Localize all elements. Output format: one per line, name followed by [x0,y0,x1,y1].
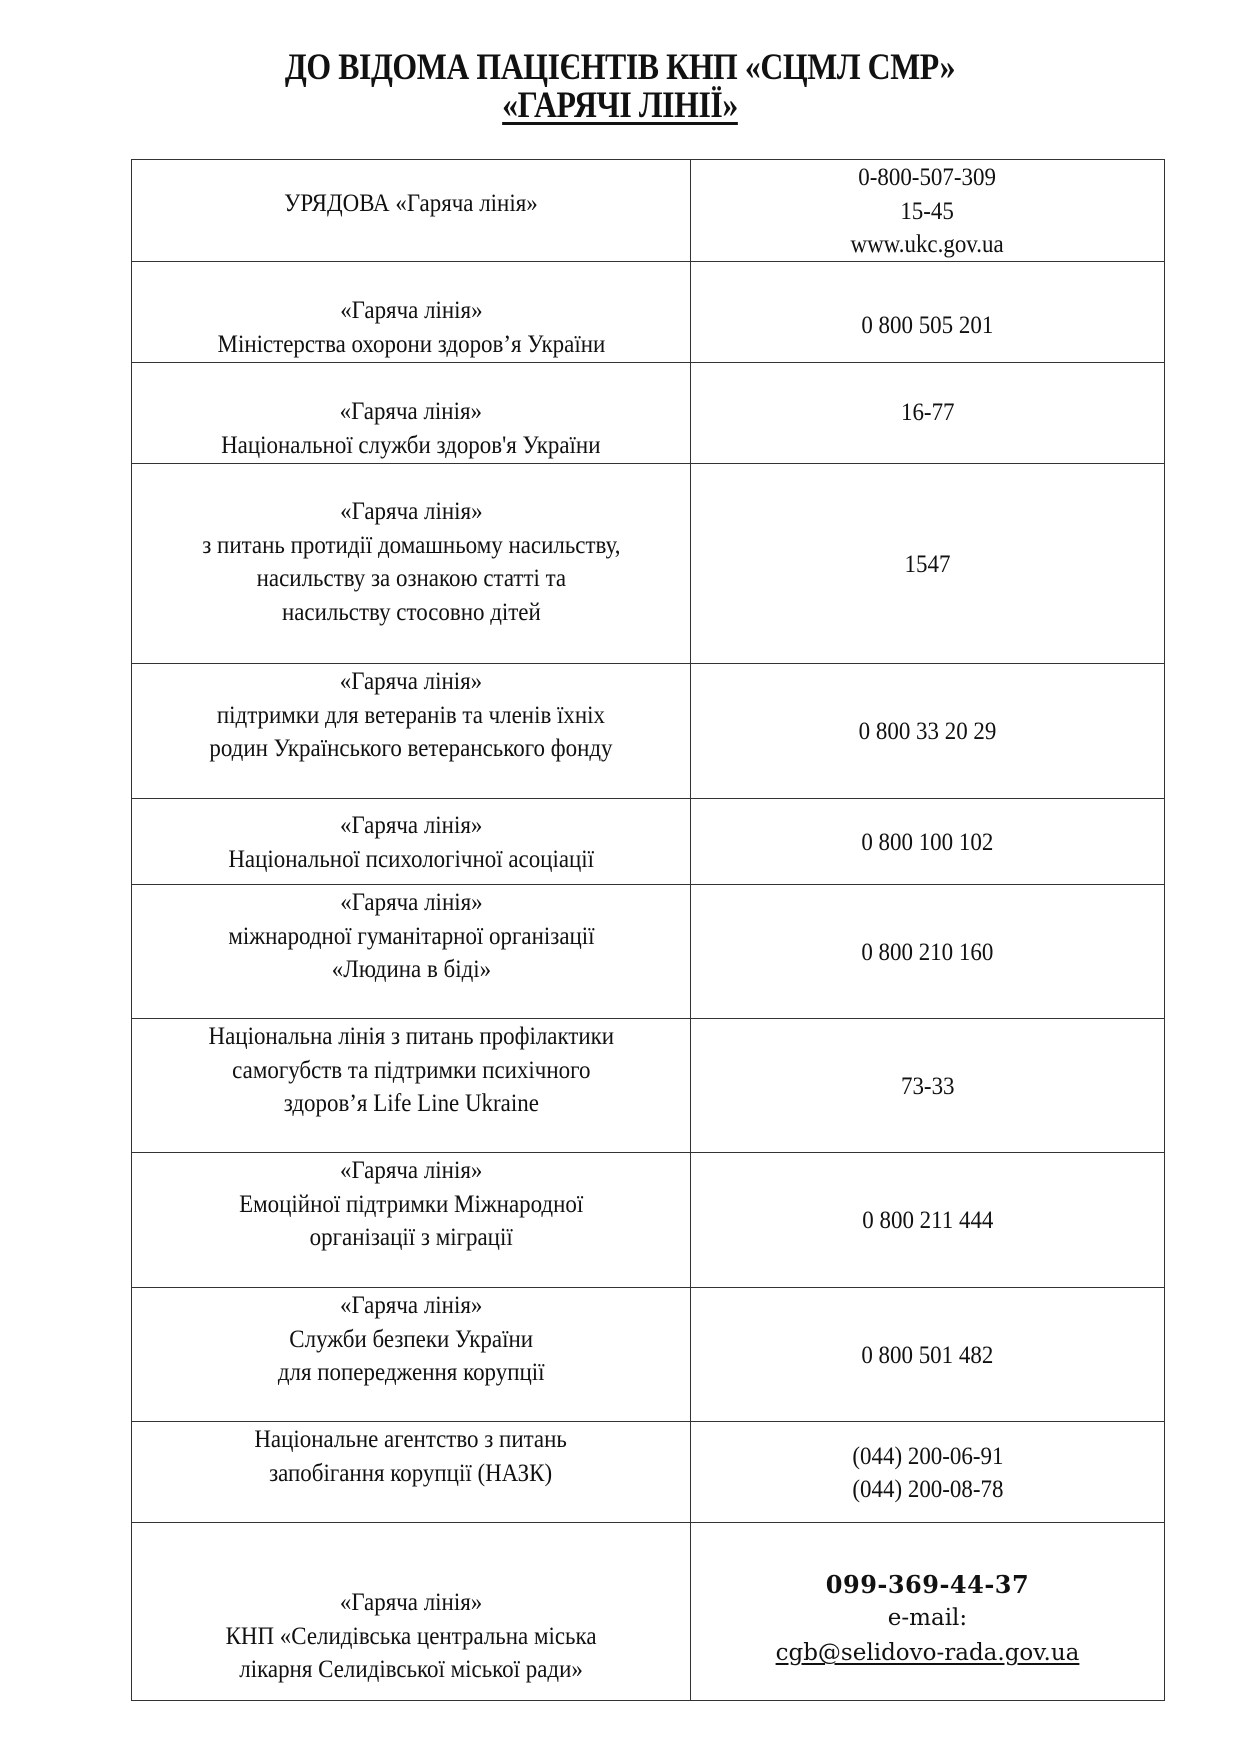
hotline-contact: 0 800 501 482 [862,1338,994,1372]
phone-number[interactable]: 0 800 210 160 [862,935,994,969]
hotline-contact: 16-77 [901,395,955,429]
phone-number[interactable]: 73-33 [901,1069,955,1103]
hotline-contact: 1547 [905,547,951,581]
hotline-name: «Гаряча лінія» Служби безпеки України дл… [278,1288,545,1389]
page-subtitle: «ГАРЯЧІ ЛІНІЇ» [87,84,1153,127]
phone-number[interactable]: (044) 200-08-78 [852,1472,1003,1506]
email-link[interactable]: cgb@selidovo-rada.gov.ua [776,1640,1080,1666]
phone-number[interactable]: 16-77 [901,395,955,429]
hotline-name-line: «Гаряча лінія» [228,808,594,842]
table-row: «Гаряча лінія» Міністерства охорони здор… [132,262,1165,363]
page-title: ДО ВІДОМА ПАЦІЄНТІВ КНП «СЦМЛ СМР» [87,46,1153,89]
hotline-contact: 0 800 505 201 [862,308,994,342]
table-row: «Гаряча лінія» з питань протидії домашнь… [132,464,1165,664]
hotline-name-cell: «Гаряча лінія» з питань протидії домашнь… [132,464,691,664]
phone-number[interactable]: 0 800 501 482 [862,1338,994,1372]
table-row: «Гаряча лінія» Служби безпеки України дл… [132,1288,1165,1422]
table-row: Національне агентство з питань запобіган… [132,1422,1165,1523]
hotline-contact-cell: 0 800 211 444 [691,1153,1165,1288]
short-phone-number[interactable]: 15-45 [851,194,1004,228]
hotline-name-line: «Гаряча лінія» [278,1288,545,1322]
phone-number[interactable]: 0 800 100 102 [862,825,994,859]
hotline-name: «Гаряча лінія» міжнародної гуманітарної … [228,885,594,986]
phone-number[interactable]: 1547 [905,547,951,581]
hotline-contact-cell: 16-77 [691,363,1165,464]
hotline-contact-cell: 0 800 100 102 [691,799,1165,885]
hotline-name: «Гаряча лінія» з питань протидії домашнь… [202,494,620,628]
hotline-name-cell: Національна лінія з питань профілактики … [132,1019,691,1153]
hotline-contact-cell: 0 800 33 20 29 [691,664,1165,799]
table-row: «Гаряча лінія» КНП «Селидівська централь… [132,1523,1165,1701]
hotline-contact: 73-33 [901,1069,955,1103]
hotline-name-line: організації з міграції [239,1220,583,1254]
table-row: «Гаряча лінія» Національної психологічно… [132,799,1165,885]
hotline-contact: 0 800 210 160 [862,935,994,969]
hotline-name: «Гаряча лінія» Емоційної підтримки Міжна… [239,1153,583,1254]
hotline-contact-cell: 0 800 210 160 [691,885,1165,1019]
website-link[interactable]: www.ukc.gov.ua [851,227,1004,261]
hotline-name-line: «Гаряча лінія» [202,494,620,528]
hotline-name-line: «Гаряча лінія» [228,885,594,919]
hotline-name-cell: «Гаряча лінія» КНП «Селидівська централь… [132,1523,691,1701]
phone-number[interactable]: 0-800-507-309 [851,160,1004,194]
hotline-name-line: для попередження корупції [278,1355,545,1389]
hotline-name-line: з питань протидії домашньому насильству, [202,528,620,562]
hotline-name-cell: «Гаряча лінія» міжнародної гуманітарної … [132,885,691,1019]
hotline-contact: 0 800 100 102 [862,825,994,859]
hotline-name-line: КНП «Селидівська центральна міська [226,1619,597,1653]
hotline-contact-cell: 099-369-44-37 e-mail: cgb@selidovo-rada.… [691,1523,1165,1701]
hotline-name-line: Національної психологічної асоціації [228,842,594,876]
hotline-name-line: Національної служби здоров'я України [221,428,600,462]
hotline-name: УРЯДОВА «Гаряча лінія» [284,186,538,220]
hotline-name-line: самогубств та підтримки психічного [208,1053,614,1087]
hospital-phone-number[interactable]: 099-369-44-37 [776,1568,1080,1602]
hotline-contact: 099-369-44-37 e-mail: cgb@selidovo-rada.… [776,1568,1080,1671]
hotline-contact-cell: 0 800 501 482 [691,1288,1165,1422]
hotline-name-line: здоров’я Life Line Ukraine [208,1086,614,1120]
hotline-name-line: Емоційної підтримки Міжнародної [239,1187,583,1221]
hotline-name-line: лікарня Селидівської міської ради» [226,1652,597,1686]
hotline-name-line: «Гаряча лінія» [217,293,605,327]
hotline-name-line: насильству стосовно дітей [202,595,620,629]
hotline-name-cell: «Гаряча лінія» Національної служби здоро… [132,363,691,464]
hotline-name: «Гаряча лінія» КНП «Селидівська централь… [226,1585,597,1686]
hotline-name-line: Служби безпеки України [278,1322,545,1356]
table-row: «Гаряча лінія» міжнародної гуманітарної … [132,885,1165,1019]
hotline-name-line: запобігання корупції (НАЗК) [255,1456,567,1490]
hotlines-table: УРЯДОВА «Гаряча лінія» 0-800-507-309 15-… [131,159,1165,1701]
hotline-name-line: насильству за ознакою статті та [202,561,620,595]
hotline-name-line: Міністерства охорони здоров’я України [217,327,605,361]
hotline-name-cell: «Гаряча лінія» Національної психологічно… [132,799,691,885]
page-subtitle-text: «ГАРЯЧІ ЛІНІЇ» [502,85,738,126]
hotline-name: «Гаряча лінія» підтримки для ветеранів т… [209,664,612,765]
hotline-contact: 0 800 33 20 29 [859,714,997,748]
phone-number[interactable]: (044) 200-06-91 [852,1439,1003,1473]
hotline-contact-cell: 1547 [691,464,1165,664]
hotline-contact: (044) 200-06-91 (044) 200-08-78 [852,1439,1003,1506]
hotline-contact: 0 800 211 444 [862,1203,993,1237]
phone-number[interactable]: 0 800 211 444 [862,1203,993,1237]
phone-number[interactable]: 0 800 505 201 [862,308,994,342]
hotline-contact-cell: 0 800 505 201 [691,262,1165,363]
hotline-contact-cell: 0-800-507-309 15-45 www.ukc.gov.ua [691,160,1165,262]
table-row: «Гаряча лінія» Емоційної підтримки Міжна… [132,1153,1165,1288]
hotline-name-line: «Людина в біді» [228,952,594,986]
hotline-name-line: «Гаряча лінія» [239,1153,583,1187]
hotline-name-line: «Гаряча лінія» [221,394,600,428]
hotline-name: «Гаряча лінія» Національної служби здоро… [221,394,600,461]
hotline-name-line: Національна лінія з питань профілактики [208,1019,614,1053]
hotline-name-line: міжнародної гуманітарної організації [228,919,594,953]
hotline-name: Національна лінія з питань профілактики … [208,1019,614,1120]
hotline-name: «Гаряча лінія» Національної психологічно… [228,808,594,875]
hotline-name-cell: «Гаряча лінія» Служби безпеки України дл… [132,1288,691,1422]
phone-number[interactable]: 0 800 33 20 29 [859,714,997,748]
table-row: УРЯДОВА «Гаряча лінія» 0-800-507-309 15-… [132,160,1165,262]
hotline-name-cell: «Гаряча лінія» Міністерства охорони здор… [132,262,691,363]
hotline-name-line: родин Українського ветеранського фонду [209,731,612,765]
hotline-name-line: «Гаряча лінія» [209,664,612,698]
hotline-contact-cell: 73-33 [691,1019,1165,1153]
hotline-name-cell: Національне агентство з питань запобіган… [132,1422,691,1523]
hotline-name-line: «Гаряча лінія» [226,1585,597,1619]
email-label: e-mail: [776,1602,1080,1636]
table-row: «Гаряча лінія» Національної служби здоро… [132,363,1165,464]
table-row: «Гаряча лінія» підтримки для ветеранів т… [132,664,1165,799]
hotline-name-line: УРЯДОВА «Гаряча лінія» [284,186,538,220]
table-row: Національна лінія з питань профілактики … [132,1019,1165,1153]
hotline-contact: 0-800-507-309 15-45 www.ukc.gov.ua [851,160,1004,261]
hotline-contact-cell: (044) 200-06-91 (044) 200-08-78 [691,1422,1165,1523]
hotline-name-line: Національне агентство з питань [255,1422,567,1456]
hotline-name: Національне агентство з питань запобіган… [255,1422,567,1489]
hotline-name-line: підтримки для ветеранів та членів їхніх [209,698,612,732]
hotline-name-cell: «Гаряча лінія» підтримки для ветеранів т… [132,664,691,799]
hotline-name: «Гаряча лінія» Міністерства охорони здор… [217,293,605,360]
hotline-name-cell: «Гаряча лінія» Емоційної підтримки Міжна… [132,1153,691,1288]
hotline-name-cell: УРЯДОВА «Гаряча лінія» [132,160,691,262]
